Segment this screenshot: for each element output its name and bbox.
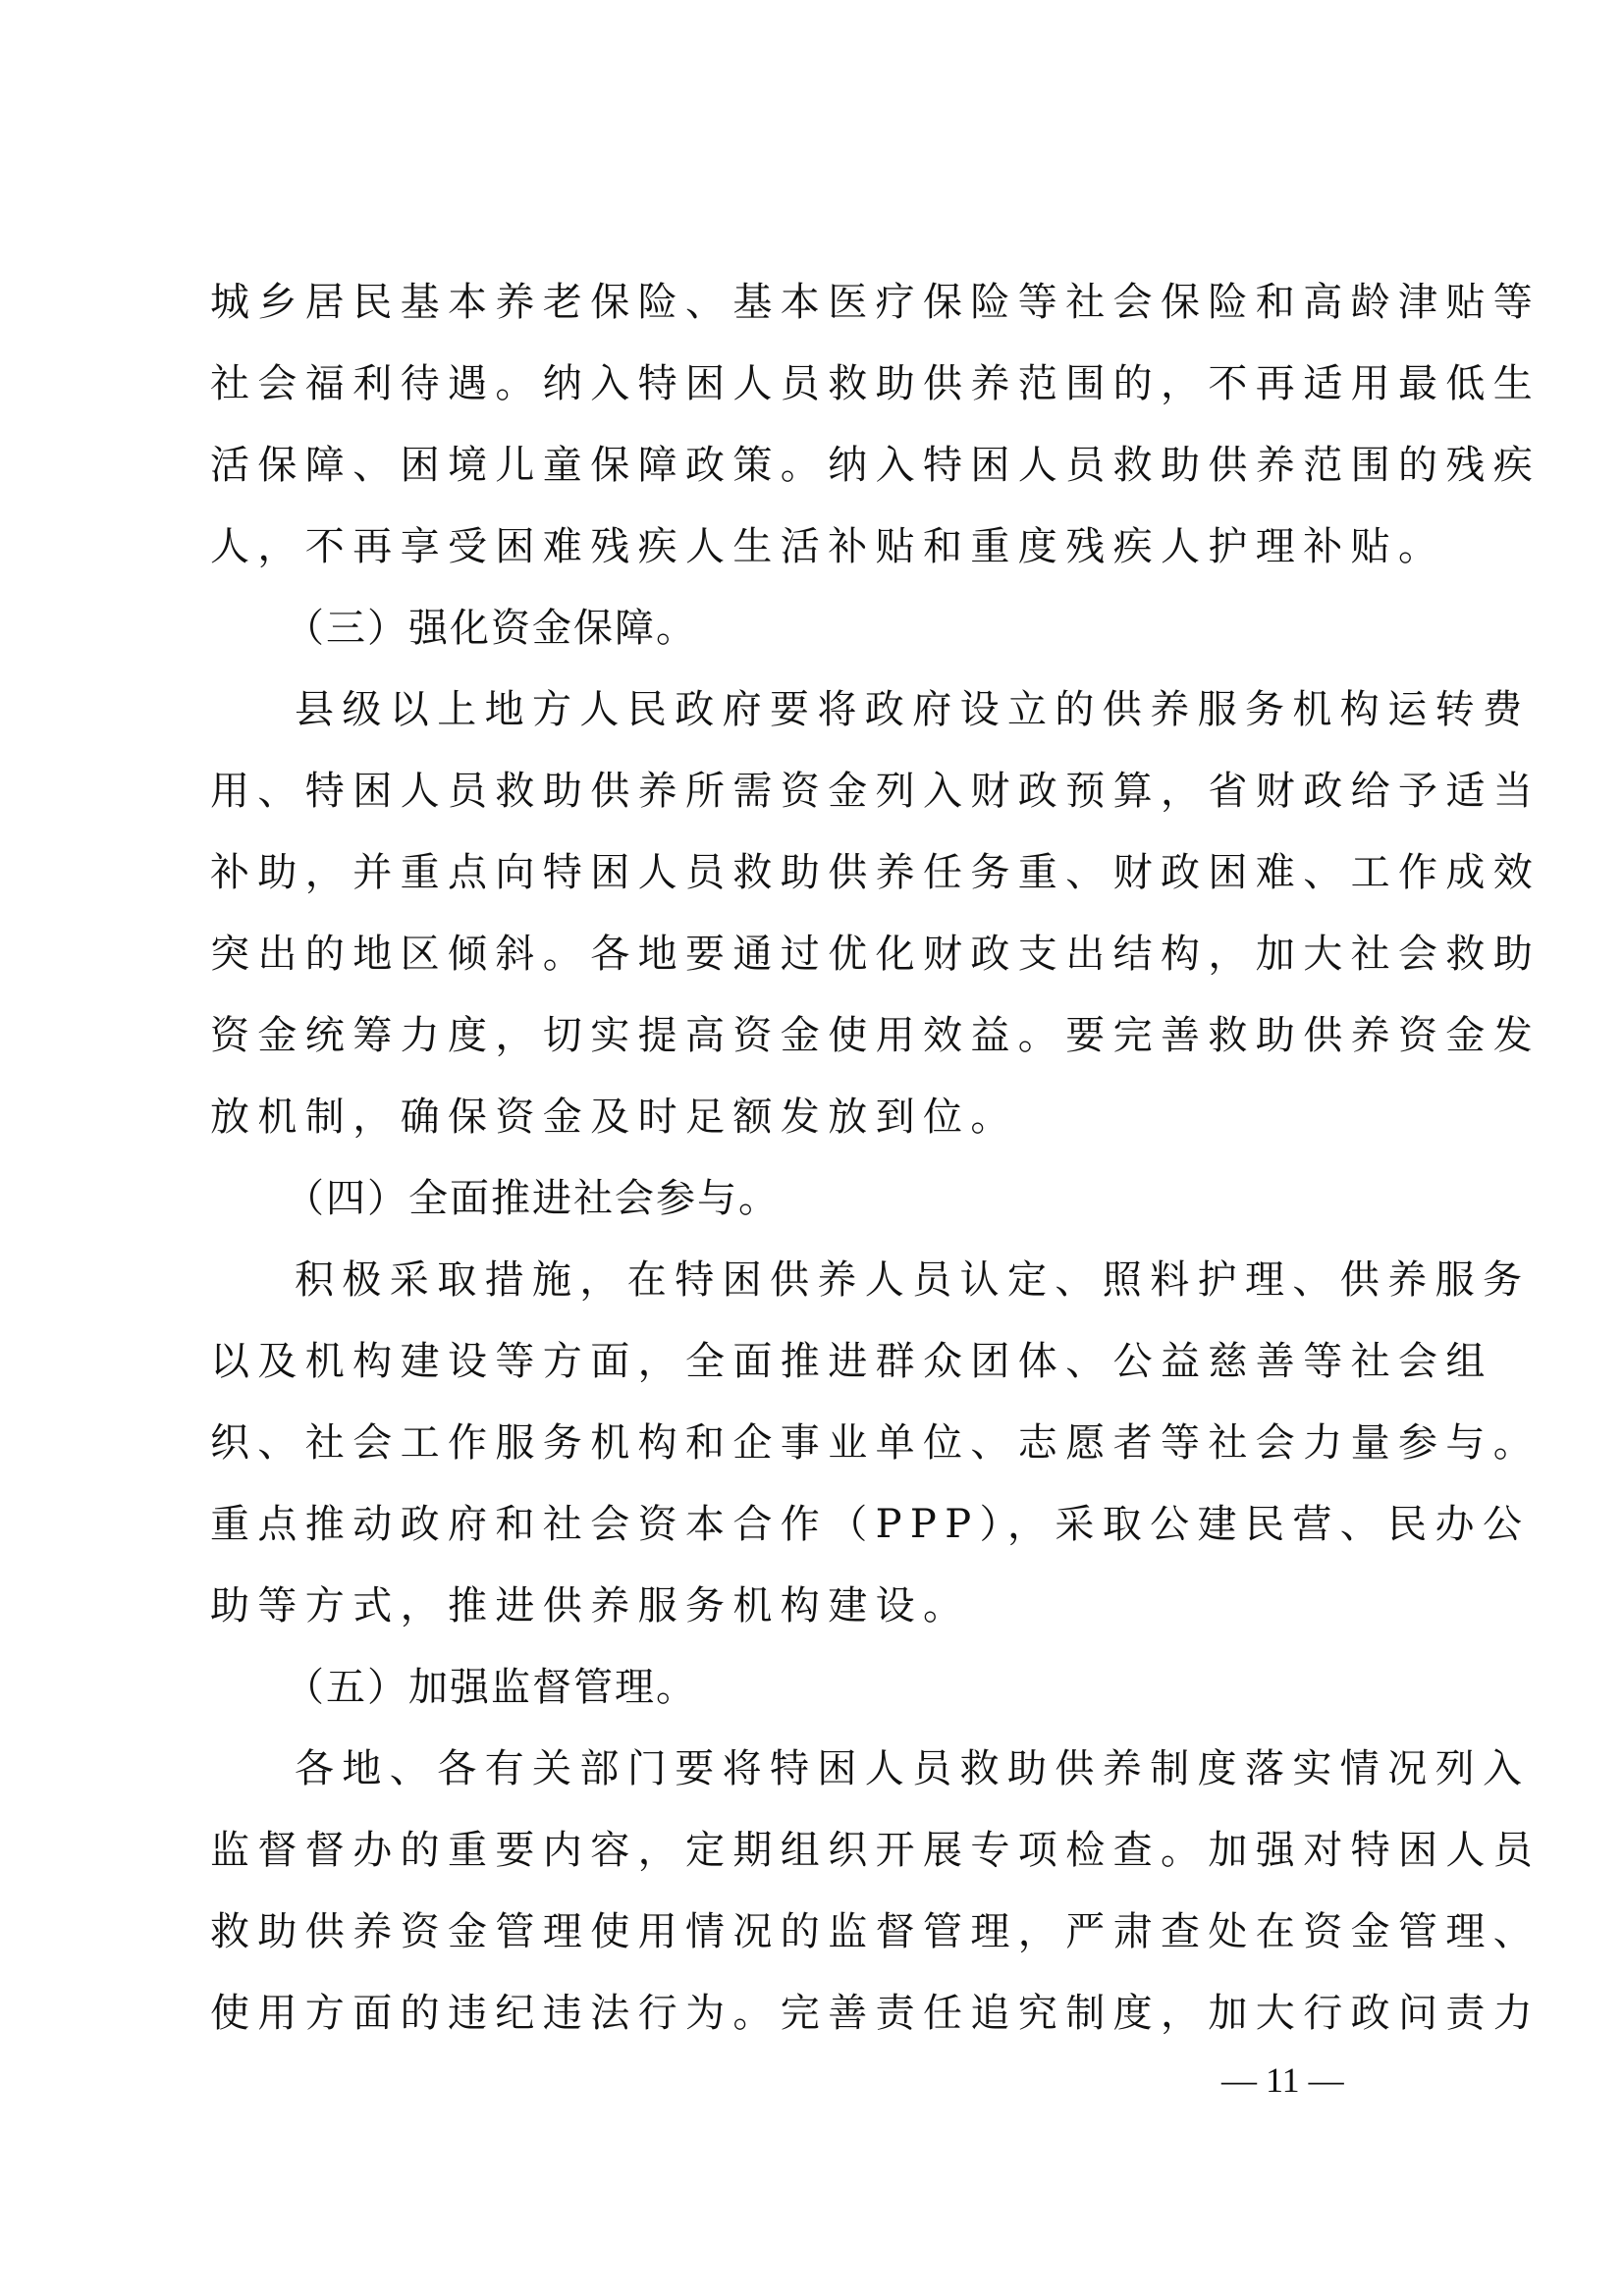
paragraph-line: 活保障、困境儿童保障政策。纳入特困人员救助供养范围的残疾 [210,441,1418,490]
paragraph-line: 用、特困人员救助供养所需资金列入财政预算，省财政给予适当 [210,767,1418,816]
paragraph-line: 社会福利待遇。纳入特困人员救助供养范围的，不再适用最低生 [210,359,1418,408]
paragraph-line: 城乡居民基本养老保险、基本医疗保险等社会保险和高龄津贴等 [210,278,1418,327]
paragraph-line: 放机制，确保资金及时足额发放到位。 [210,1093,1418,1142]
section-heading-4: （四）全面推进社会参与。 [285,1174,780,1223]
paragraph-line: 使用方面的违纪违法行为。完善责任追究制度，加大行政问责力 [210,1989,1418,2038]
section-heading-3: （三）强化资金保障。 [285,604,697,653]
paragraph-line: 突出的地区倾斜。各地要通过优化财政支出结构，加大社会救助 [210,930,1418,979]
paragraph-line: 县级以上地方人民政府要将政府设立的供养服务机构运转费 [295,685,1418,734]
paragraph-line: 资金统筹力度，切实提高资金使用效益。要完善救助供养资金发 [210,1011,1418,1060]
paragraph-line: 重点推动政府和社会资本合作（PPP），采取公建民营、民办公 [210,1500,1418,1549]
paragraph-line: 监督督办的重要内容，定期组织开展专项检查。加强对特困人员 [210,1826,1418,1875]
section-heading-5: （五）加强监督管理。 [285,1663,697,1712]
page-number: — 11 — [1221,2058,1344,2102]
paragraph-line: 织、社会工作服务机构和企事业单位、志愿者等社会力量参与。 [210,1418,1418,1468]
paragraph-line: 以及机构建设等方面，全面推进群众团体、公益慈善等社会组 [210,1337,1418,1386]
paragraph-line: 积极采取措施，在特困供养人员认定、照料护理、供养服务 [295,1255,1418,1305]
paragraph-line: 人，不再享受困难残疾人生活补贴和重度残疾人护理补贴。 [210,522,1418,571]
paragraph-line: 救助供养资金管理使用情况的监督管理，严肃查处在资金管理、 [210,1907,1418,1956]
paragraph-line: 助等方式，推进供养服务机构建设。 [210,1581,1418,1630]
paragraph-line: 各地、各有关部门要将特困人员救助供养制度落实情况列入 [295,1744,1418,1793]
document-page: 城乡居民基本养老保险、基本医疗保险等社会保险和高龄津贴等 社会福利待遇。纳入特困… [0,0,1624,2296]
paragraph-line: 补助，并重点向特困人员救助供养任务重、财政困难、工作成效 [210,848,1418,897]
